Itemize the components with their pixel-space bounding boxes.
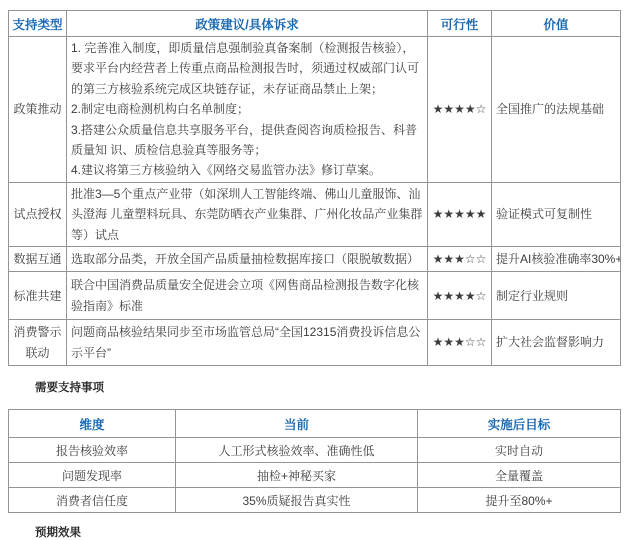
support-type-cell: 消费警示联动 — [9, 320, 67, 366]
col-header-support-type: 支持类型 — [9, 11, 67, 37]
col-header-current: 当前 — [176, 410, 418, 438]
dimension-cell: 问题发现率 — [9, 463, 176, 488]
feasibility-rating: ★★★★☆ — [428, 37, 492, 183]
current-cell: 抽检+神秘买家 — [176, 463, 418, 488]
policy-item: 1. 完善准入制度，即质量信息强制验真备案制（检测报告核验），要求平台内经营者上… — [71, 38, 423, 99]
value-cell: 验证模式可复制性 — [492, 182, 621, 246]
current-cell: 35%质疑报告真实性 — [176, 488, 418, 513]
feasibility-rating: ★★★★☆ — [428, 272, 492, 320]
feasibility-rating: ★★★★★ — [428, 182, 492, 246]
policy-item: 4.建议将第三方核验纳入《网络交易监管办法》修订草案。 — [71, 160, 423, 180]
outcome-table-header-row: 维度 当前 实施后目标 — [9, 410, 621, 438]
col-header-target: 实施后目标 — [418, 410, 621, 438]
feasibility-rating: ★★★☆☆ — [428, 320, 492, 366]
policy-item: 2.制定电商检测机构白名单制度； — [71, 99, 423, 119]
policy-detail-cell: 选取部分品类，开放全国产品质量抽检数据库接口（限脱敏数据） — [67, 246, 428, 271]
policy-table-header-row: 支持类型 政策建议/具体诉求 可行性 价值 — [9, 11, 621, 37]
table2-caption: 预期效果 — [35, 524, 629, 540]
table-row-data-interchange: 数据互通 选取部分品类，开放全国产品质量抽检数据库接口（限脱敏数据） ★★★☆☆… — [9, 246, 621, 271]
table-row-pilot-authorization: 试点授权 批准3—5个重点产业带（如深圳人工智能终端、佛山儿童服饰、汕头澄海 儿… — [9, 182, 621, 246]
table1-caption: 需要支持事项 — [35, 379, 629, 395]
col-header-value: 价值 — [492, 11, 621, 37]
policy-item: 3.搭建公众质量信息共享服务平台，提供查阅咨询质检报告、科普质量知 识、质检信息… — [71, 120, 423, 161]
target-cell: 提升至80%+ — [418, 488, 621, 513]
table-row-standard-cobuild: 标准共建 联合中国消费品质量安全促进会立项《网售商品检测报告数字化核验指南》标准… — [9, 272, 621, 320]
target-cell: 全量覆盖 — [418, 463, 621, 488]
table-row-consumer-trust: 消费者信任度 35%质疑报告真实性 提升至80%+ — [9, 488, 621, 513]
support-type-cell: 标准共建 — [9, 272, 67, 320]
table-row-problem-discovery: 问题发现率 抽检+神秘买家 全量覆盖 — [9, 463, 621, 488]
table-row-policy-push: 政策推动 1. 完善准入制度，即质量信息强制验真备案制（检测报告核验），要求平台… — [9, 37, 621, 183]
policy-detail-cell: 批准3—5个重点产业带（如深圳人工智能终端、佛山儿童服饰、汕头澄海 儿童塑料玩具… — [67, 182, 428, 246]
support-type-cell: 政策推动 — [9, 37, 67, 183]
policy-detail-cell: 联合中国消费品质量安全促进会立项《网售商品检测报告数字化核验指南》标准 — [67, 272, 428, 320]
expected-outcome-table: 维度 当前 实施后目标 报告核验效率 人工形式核验效率、准确性低 实时自动 问题… — [8, 409, 621, 513]
value-cell: 提升AI核验准确率30%+ — [492, 246, 621, 271]
table-row-report-verification: 报告核验效率 人工形式核验效率、准确性低 实时自动 — [9, 438, 621, 463]
col-header-dimension: 维度 — [9, 410, 176, 438]
table-row-consumer-warning: 消费警示联动 问题商品核验结果同步至市场监管总局“全国12315消费投诉信息公示… — [9, 320, 621, 366]
value-cell: 全国推广的法规基础 — [492, 37, 621, 183]
dimension-cell: 消费者信任度 — [9, 488, 176, 513]
col-header-policy-suggestion: 政策建议/具体诉求 — [67, 11, 428, 37]
dimension-cell: 报告核验效率 — [9, 438, 176, 463]
document-page: 支持类型 政策建议/具体诉求 可行性 价值 政策推动 1. 完善准入制度，即质量… — [0, 10, 629, 540]
value-cell: 扩大社会监督影响力 — [492, 320, 621, 366]
policy-detail-cell: 问题商品核验结果同步至市场监管总局“全国12315消费投诉信息公示平台” — [67, 320, 428, 366]
current-cell: 人工形式核验效率、准确性低 — [176, 438, 418, 463]
feasibility-rating: ★★★☆☆ — [428, 246, 492, 271]
policy-support-table: 支持类型 政策建议/具体诉求 可行性 价值 政策推动 1. 完善准入制度，即质量… — [8, 10, 621, 366]
policy-detail-cell: 1. 完善准入制度，即质量信息强制验真备案制（检测报告核验），要求平台内经营者上… — [67, 37, 428, 183]
support-type-cell: 数据互通 — [9, 246, 67, 271]
support-type-cell: 试点授权 — [9, 182, 67, 246]
value-cell: 制定行业规则 — [492, 272, 621, 320]
target-cell: 实时自动 — [418, 438, 621, 463]
col-header-feasibility: 可行性 — [428, 11, 492, 37]
